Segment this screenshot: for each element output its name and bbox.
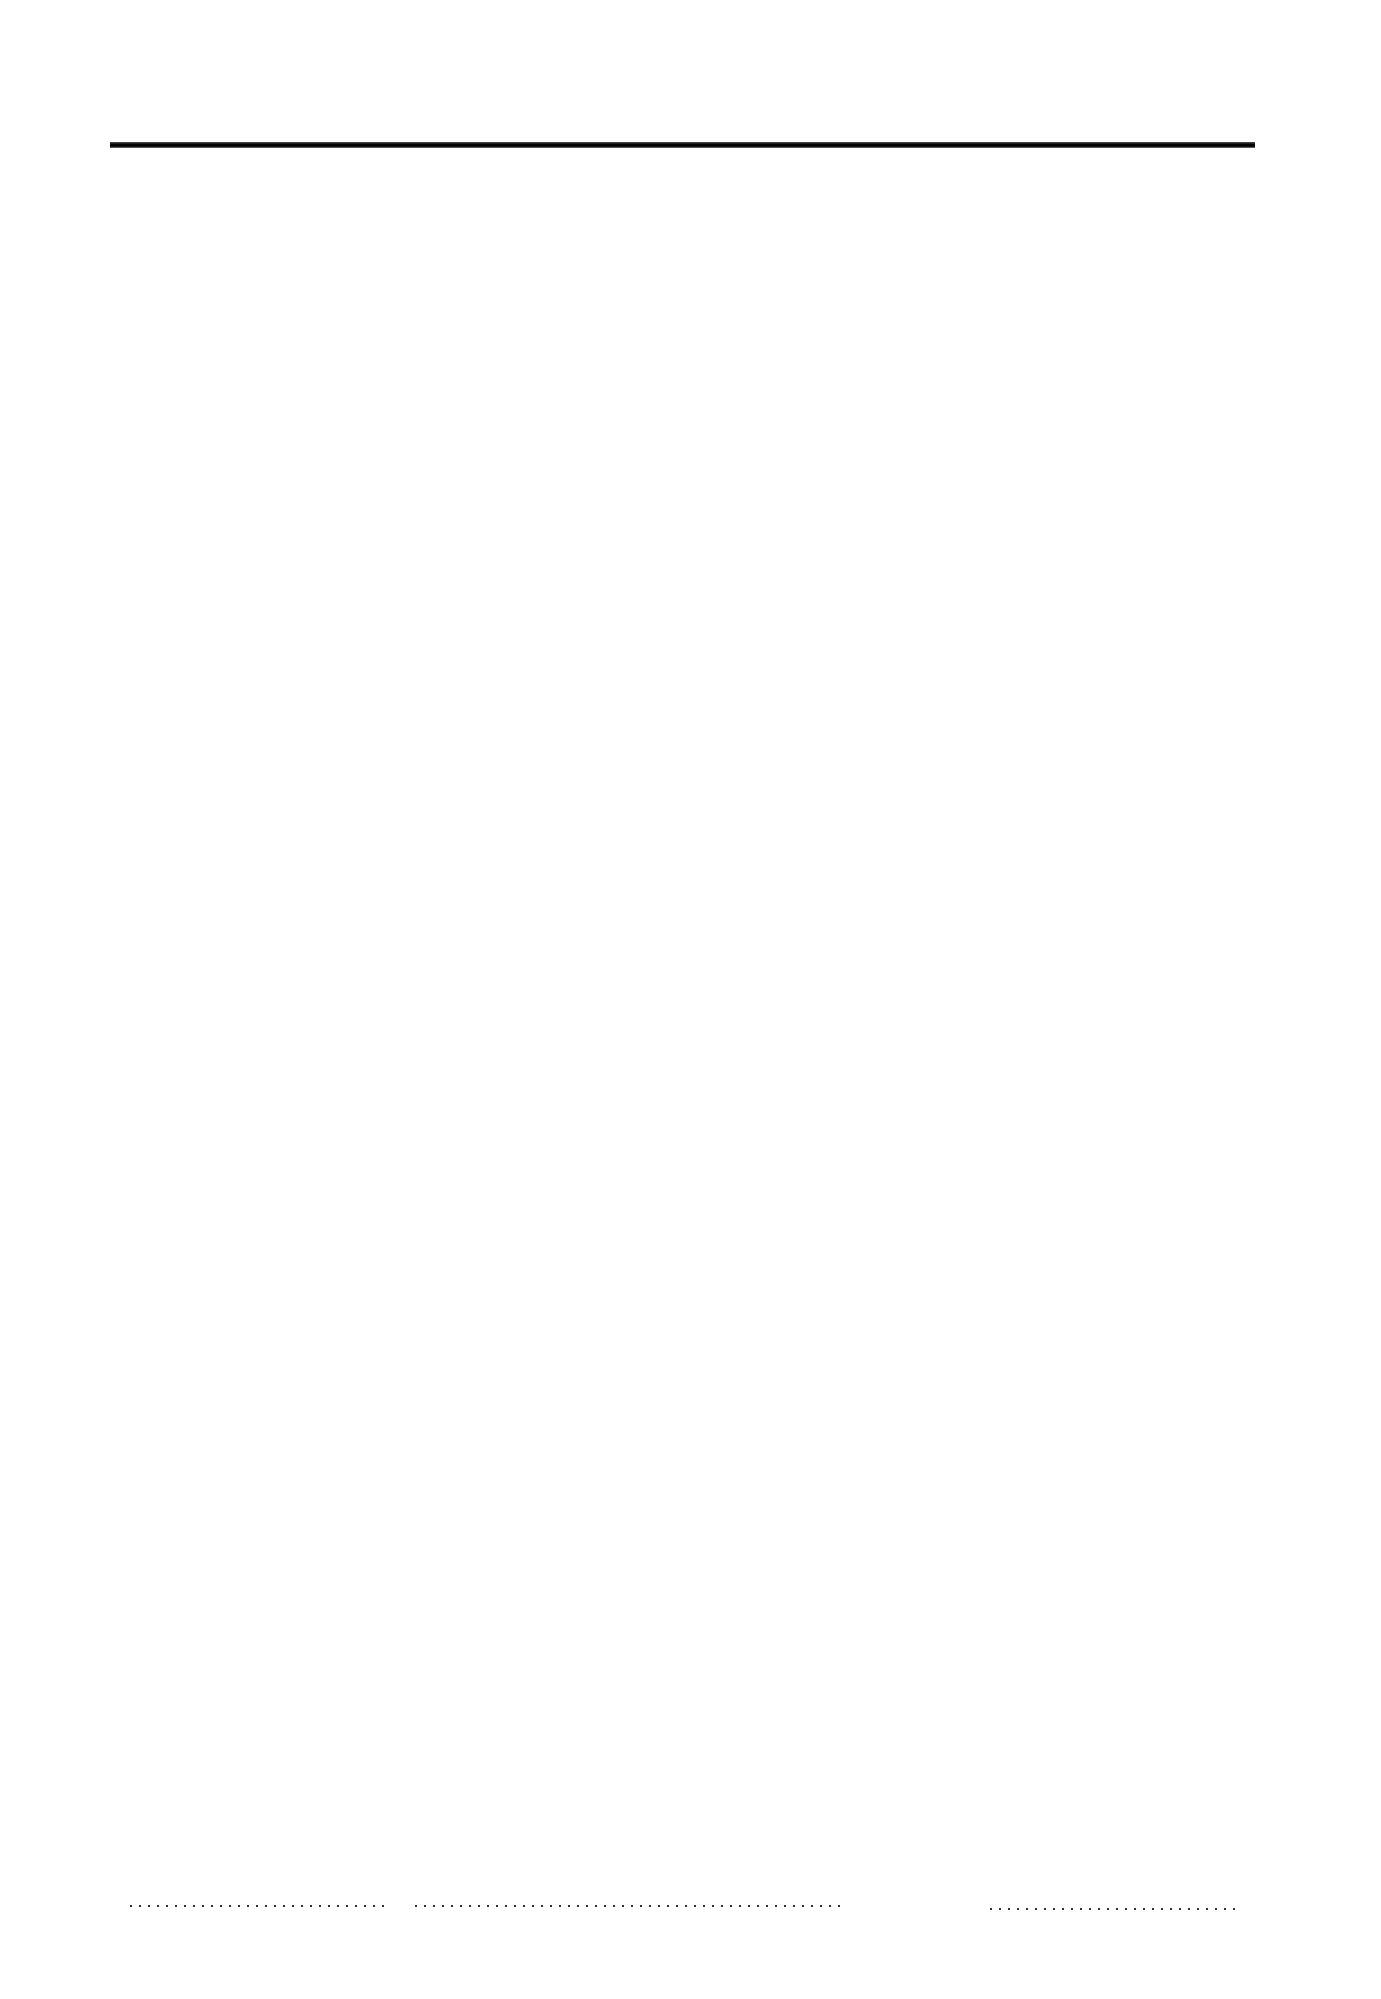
footer-dots-left (130, 1905, 390, 1907)
masthead (820, 122, 1254, 144)
footer-dots-right (990, 1908, 1240, 1910)
masthead-rule (110, 142, 1255, 148)
footer-dots-mid (415, 1905, 845, 1907)
